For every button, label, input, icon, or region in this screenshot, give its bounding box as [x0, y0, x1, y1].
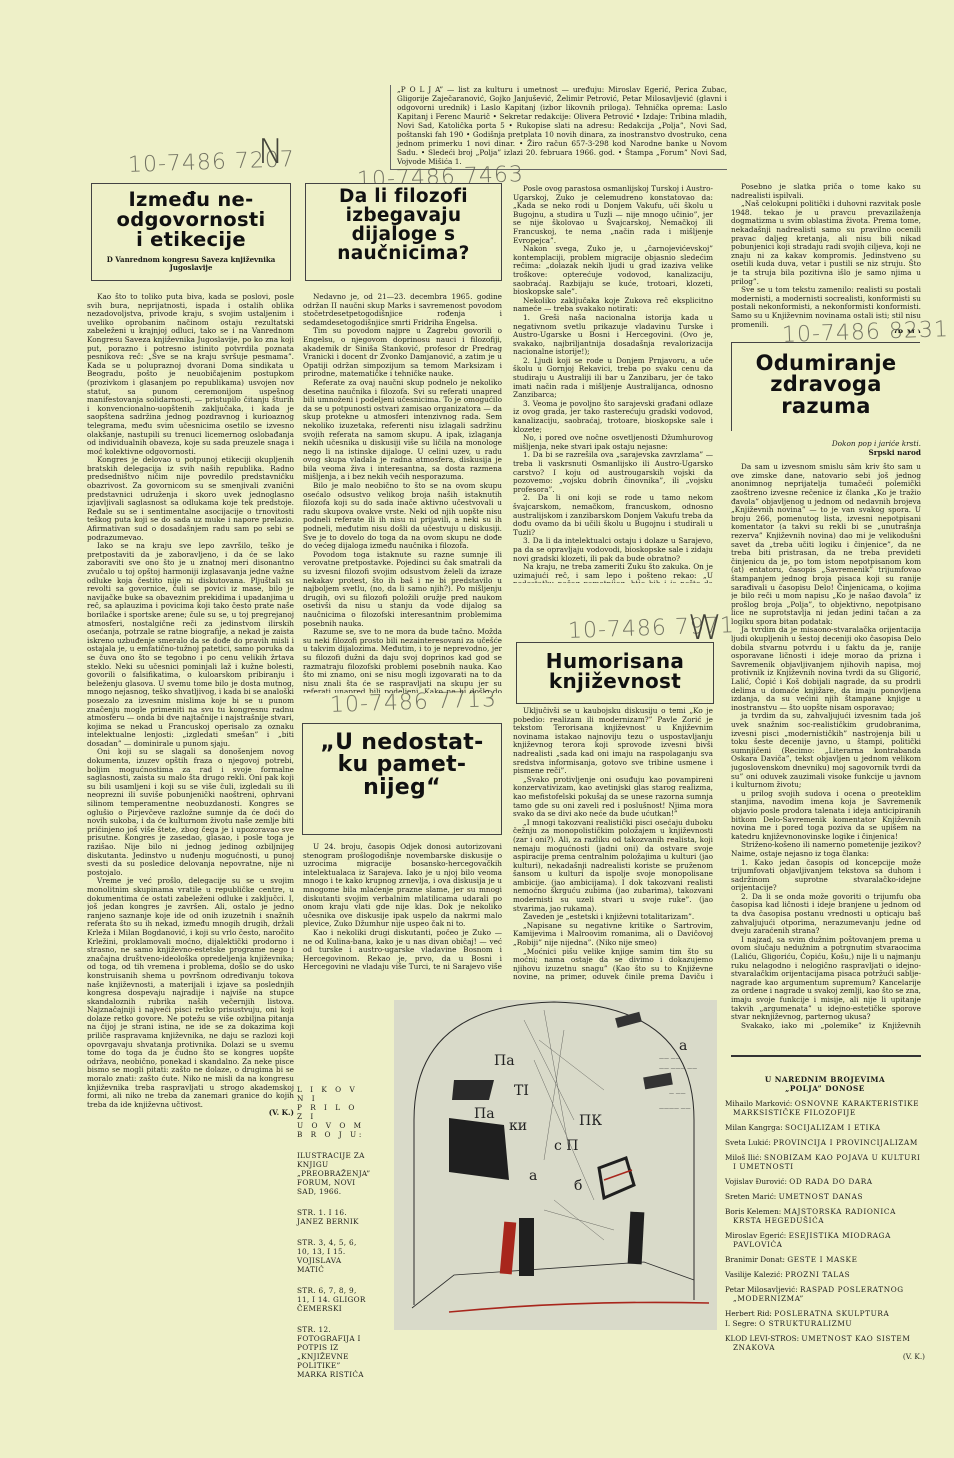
- svg-text:ки: ки: [509, 1118, 527, 1134]
- upcoming-item: Mihailo Marković: OSNOVNE KARAKTERISTIKE…: [725, 1099, 925, 1117]
- svg-text:—— ——: —— ——: [659, 1056, 681, 1062]
- masthead-impressum: „P O L J A” — list za kulturu i umetnost…: [390, 85, 727, 170]
- upcoming-item: Branimir Donat: GESTE I MASKE: [725, 1255, 925, 1264]
- signature-upcoming: (V. K.): [725, 1352, 925, 1361]
- art-credit-item: STR. 3, 4, 5, 6, 10, 13, I 15. VOJISLAVA…: [297, 1238, 367, 1274]
- subheadline-article1: D Vanrednom kongresu Saveza književnika …: [92, 256, 290, 272]
- article3-body-part2: Posle ovog parastosa osmanlijskoj Tursko…: [513, 185, 713, 583]
- art-credit-item: STR. 12. FOTOGRAFIJA I POTPIS IZ „KNJIŽE…: [297, 1325, 367, 1379]
- art-credit-item: ILUSTRACIJE ZA KNJIGU „PREOBRAŽENJA” FOR…: [297, 1151, 367, 1196]
- illustration-svg: Пa ТІ Па ки с П ПК б а а —— —— —— ——— ——…: [394, 1000, 717, 1330]
- upcoming-issues-box: U NAREDNIM BROJEVIMA „POLJA” DONOSE Miha…: [725, 1075, 925, 1361]
- upcoming-item: Sreten Marić: UMETNOST DANAS: [725, 1192, 925, 1201]
- svg-text:— ——: — ——: [669, 1091, 686, 1097]
- illustration-drawing: Пa ТІ Па ки с П ПК б а а —— —— —— ——— ——…: [394, 1000, 717, 1330]
- upcoming-subheading: „POLJA” DONOSE: [725, 1084, 925, 1093]
- upcoming-item: Miloš Ilić: SNOBIZAM KAO POJAVA U KULTUR…: [725, 1153, 925, 1171]
- art-credits-heading: L I K O V N I P R I L O Z I U O V O M B …: [297, 1085, 367, 1139]
- svg-text:—— ——— ——: —— ——— ——: [659, 1066, 697, 1072]
- art-credit-item: STR. 6, 7, 8, 9, 11, I 14. GLIGOR ČEMERS…: [297, 1286, 367, 1313]
- divider-rule: [731, 1055, 921, 1057]
- svg-text:Пa: Пa: [494, 1053, 515, 1069]
- upcoming-item: I. Segre: O STRUKTURALIZMU: [725, 1319, 925, 1328]
- signature-article1: (V. K.): [87, 1109, 294, 1118]
- headline-article1: Između ne- odgovornosti i etikecije: [92, 190, 290, 250]
- headline-article3: „U nedostat- ku pamet- nijeg“: [303, 732, 501, 799]
- svg-text:б: б: [574, 1178, 582, 1194]
- upcoming-item: Vojislav Đurović: OD RADA DO DARA: [725, 1177, 925, 1186]
- upcoming-heading: U NAREDNIM BROJEVIMA: [725, 1075, 925, 1084]
- upcoming-item: Sveta Lukić: PROVINCIJA I PROVINCIJALIZA…: [725, 1138, 925, 1147]
- article3-body-part1: U 24. broju, časopis Odjek donosi autori…: [303, 843, 502, 971]
- svg-text:ТІ: ТІ: [514, 1083, 529, 1099]
- headline-article2: Da li filozofi izbegavaju dijaloge s nau…: [306, 188, 501, 263]
- art-credits: L I K O V N I P R I L O Z I U O V O M B …: [297, 1085, 367, 1391]
- headline-box-article5: Odumiranje zdravoga razuma: [731, 342, 920, 431]
- article4-body-part1: Uključivši se u kaubojsku diskusiju o te…: [513, 707, 713, 982]
- svg-text:Па: Па: [474, 1106, 495, 1122]
- article1-body: Kao što to toliko puta biva, kada se pos…: [87, 293, 294, 1438]
- signature-article4: (P. M.): [731, 329, 921, 333]
- article2-body: Nedavno je, od 21—23. decembra 1965. god…: [303, 293, 502, 693]
- svg-text:ПК: ПК: [579, 1113, 602, 1129]
- upcoming-item: Miroslav Egerić: ESEJISTIKA MIODRAGA PAV…: [725, 1231, 925, 1249]
- upcoming-item: Vasilije Kalezić: PROZNI TALAS: [725, 1270, 925, 1279]
- headline-box-article4: Humorisana književnost: [516, 642, 714, 704]
- upcoming-item: Herbert Rid: POSLERATNA SKULPTURA: [725, 1309, 925, 1318]
- svg-text:а: а: [679, 1038, 687, 1054]
- svg-text:———— ——: ———— ——: [659, 1106, 691, 1112]
- svg-text:а: а: [529, 1168, 537, 1184]
- headline-box-article1: Između ne- odgovornosti i etikecije D Va…: [91, 183, 291, 281]
- article5-body: Dokon pop i jariće krsti. Srpski narod D…: [731, 440, 921, 1030]
- upcoming-item: Petar Milosavljević: RASPAD POSLERATNOG …: [725, 1285, 925, 1303]
- archive-initial-mark: N: [258, 132, 283, 172]
- upcoming-item: KLOD LEVI-STROS: UMETNOST KAO SISTEM ZNA…: [725, 1334, 925, 1352]
- epigraph-source: Srpski narod: [731, 449, 921, 458]
- article4-body-part2: Posebno je slatka priča o tome kako su n…: [731, 183, 921, 333]
- svg-text:с П: с П: [554, 1138, 579, 1154]
- headline-article5: Odumiranje zdravoga razuma: [732, 353, 920, 417]
- upcoming-item: Milan Kangrga: SOCIJALIZAM I ETIKA: [725, 1123, 925, 1132]
- art-credit-item: STR. 1. I 16. JANEZ BERNIK: [297, 1208, 367, 1226]
- headline-box-article2: Da li filozofi izbegavaju dijaloge s nau…: [305, 183, 502, 281]
- headline-box-article3: „U nedostat- ku pamet- nijeg“: [302, 723, 502, 835]
- headline-article4: Humorisana književnost: [517, 651, 713, 692]
- upcoming-item: Boris Kelemen: MAJSTORSKA RADIONICA KRST…: [725, 1207, 925, 1225]
